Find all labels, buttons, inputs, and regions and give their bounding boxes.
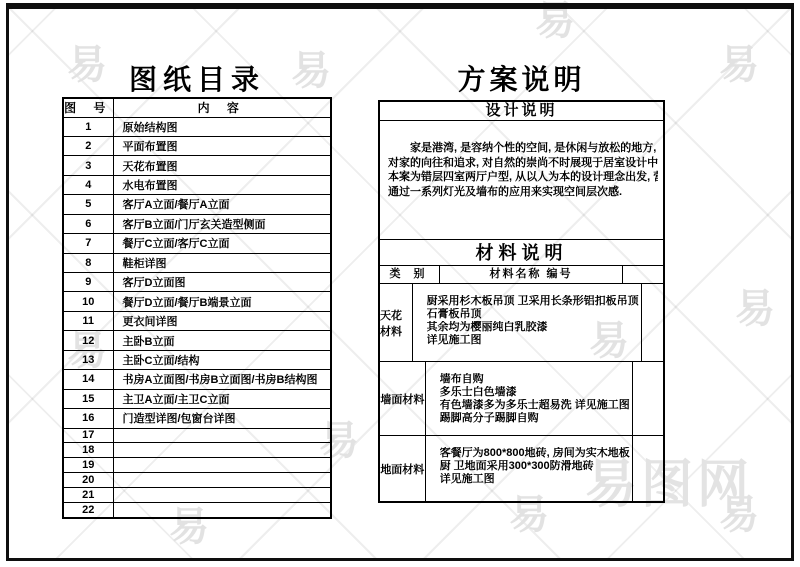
catalog-row: 7 餐厅C立面/客厅C立面 (63, 234, 331, 253)
materials-rows: 天花材料 厨采用杉木板吊顶 卫采用长条形铝扣板吊顶 石膏板吊顶 其余均为樱丽纯白… (380, 284, 663, 501)
catalog-row: 16 门造型详图/包窗台详图 (63, 409, 331, 428)
catalog-title: 图纸目录 (62, 58, 332, 98)
catalog-row-number: 4 (63, 175, 113, 194)
catalog-row-number: 2 (63, 136, 113, 155)
material-category: 墙面材料 (380, 362, 426, 435)
material-category: 天花材料 (380, 284, 413, 361)
materials-header-name: 材料名称 编号 (440, 266, 623, 283)
catalog-row-content: 更衣间详图 (113, 311, 331, 330)
catalog-row-number: 22 (63, 502, 113, 518)
catalog-row: 9 客厅D立面图 (63, 273, 331, 292)
material-row: 天花材料 厨采用杉木板吊顶 卫采用长条形铝扣板吊顶 石膏板吊顶 其余均为樱丽纯白… (380, 284, 663, 362)
catalog-row: 11 更衣间详图 (63, 311, 331, 330)
catalog-row: 8 鞋柜详图 (63, 253, 331, 272)
materials-heading: 材料说明 (380, 240, 663, 266)
catalog-row: 4 水电布置图 (63, 175, 331, 194)
catalog-row-content: 餐厅C立面/客厅C立面 (113, 234, 331, 253)
catalog-row: 10 餐厅D立面/餐厅B端景立面 (63, 292, 331, 311)
material-code-cell (642, 284, 663, 361)
catalog-row-content: 原始结构图 (113, 117, 331, 136)
material-line: 踢脚高分子踢脚自购 (440, 412, 630, 425)
catalog-row: 6 客厅B立面/门厅玄关造型侧面 (63, 214, 331, 233)
catalog-row-number: 9 (63, 273, 113, 292)
catalog-table: 图 号 内 容 1 原始结构图 2 平面布置图 (62, 97, 332, 519)
material-row: 地面材料 客餐厅为800*800地砖, 房间为实木地板 厨 卫地面采用300*3… (380, 436, 663, 501)
material-line: 厨采用杉木板吊顶 卫采用长条形铝扣板吊顶 (427, 295, 639, 308)
catalog-row-content (113, 487, 331, 502)
drawing-sheet: 易 易 易 易 易 易 易 易 易 易 易 易图网 图纸目录 图 号 内 容 (0, 0, 800, 567)
catalog-row-number: 21 (63, 487, 113, 502)
design-line: 本案为错层四室两厅户型, 从以人为本的设计理念出发, 营造出大气而赋有文化内涵的… (388, 170, 658, 185)
catalog-row: 15 主卫A立面/主卫C立面 (63, 389, 331, 408)
catalog-row: 13 主卧C立面/结构 (63, 350, 331, 369)
material-category: 地面材料 (380, 436, 426, 501)
catalog-row-content: 书房A立面图/书房B立面图/书房B结构图 (113, 370, 331, 389)
catalog-row: 5 客厅A立面/餐厅A立面 (63, 195, 331, 214)
catalog-row-number: 16 (63, 409, 113, 428)
catalog-header-content: 内 容 (113, 98, 331, 117)
catalog-row-number: 7 (63, 234, 113, 253)
catalog-row-content: 客厅D立面图 (113, 273, 331, 292)
catalog-row-content: 主卧B立面 (113, 331, 331, 350)
catalog-row-number: 17 (63, 428, 113, 443)
catalog-row-number: 20 (63, 473, 113, 488)
material-row: 墙面材料 墙布自购 多乐士白色墙漆 有色墙漆多为多乐士超易洗 详见施工图 踢脚高… (380, 362, 663, 436)
material-line: 石膏板吊顶 (427, 308, 639, 321)
catalog-row: 19 (63, 458, 331, 473)
catalog-row-number: 10 (63, 292, 113, 311)
catalog-row-number: 18 (63, 443, 113, 458)
materials-header-row: 类 别 材料名称 编号 (380, 266, 663, 284)
catalog-row: 3 天花布置图 (63, 156, 331, 175)
material-line: 厨 卫地面采用300*300防滑地砖 (440, 460, 630, 473)
material-line: 详见施工图 (440, 473, 630, 486)
catalog-row-content (113, 473, 331, 488)
catalog-header-no: 图 号 (63, 98, 113, 117)
catalog-row-number: 14 (63, 370, 113, 389)
catalog-row: 17 (63, 428, 331, 443)
catalog-row-content (113, 502, 331, 518)
catalog-row: 12 主卧B立面 (63, 331, 331, 350)
design-line: 家是港湾, 是容纳个性的空间, 是休闲与放松的地方, 都市人 (388, 141, 658, 156)
design-line: 对家的向往和追求, 对自然的崇尚不时展现于居室设计中. (388, 156, 658, 171)
catalog-row: 18 (63, 443, 331, 458)
catalog-row-content: 门造型详图/包窗台详图 (113, 409, 331, 428)
catalog-row-number: 5 (63, 195, 113, 214)
scheme-title: 方案说明 (378, 58, 665, 98)
catalog-row-number: 11 (63, 311, 113, 330)
material-line: 其余均为樱丽纯白乳胶漆 (427, 321, 639, 334)
material-line: 多乐士白色墙漆 (440, 386, 630, 399)
catalog-row-number: 15 (63, 389, 113, 408)
materials-header-category: 类 别 (380, 266, 440, 283)
material-description: 客餐厅为800*800地砖, 房间为实木地板 厨 卫地面采用300*300防滑地… (426, 436, 633, 501)
material-line: 墙布自购 (440, 373, 630, 386)
catalog-row-number: 8 (63, 253, 113, 272)
design-notes-body: 家是港湾, 是容纳个性的空间, 是休闲与放松的地方, 都市人 对家的向往和追求,… (380, 121, 663, 240)
catalog-row: 2 平面布置图 (63, 136, 331, 155)
catalog-row-content: 客厅B立面/门厅玄关造型侧面 (113, 214, 331, 233)
material-description: 墙布自购 多乐士白色墙漆 有色墙漆多为多乐士超易洗 详见施工图 踢脚高分子踢脚自… (426, 362, 633, 435)
materials-header-code (623, 266, 663, 283)
catalog-row: 22 (63, 502, 331, 518)
design-line: 通过一系列灯光及墙布的应用来实现空间层次感. (388, 185, 658, 200)
catalog-row-number: 19 (63, 458, 113, 473)
catalog-row-content: 鞋柜详图 (113, 253, 331, 272)
catalog-row-content (113, 443, 331, 458)
catalog-row-content: 平面布置图 (113, 136, 331, 155)
catalog-row-number: 6 (63, 214, 113, 233)
catalog-row-number: 12 (63, 331, 113, 350)
catalog-row-number: 1 (63, 117, 113, 136)
catalog-row: 21 (63, 487, 331, 502)
scheme-box: 设计说明 家是港湾, 是容纳个性的空间, 是休闲与放松的地方, 都市人 对家的向… (378, 100, 665, 503)
catalog-row: 1 原始结构图 (63, 117, 331, 136)
catalog-row: 20 (63, 473, 331, 488)
catalog-row-content: 主卧C立面/结构 (113, 350, 331, 369)
catalog-row: 14 书房A立面图/书房B立面图/书房B结构图 (63, 370, 331, 389)
catalog-row-content: 客厅A立面/餐厅A立面 (113, 195, 331, 214)
catalog-row-content: 水电布置图 (113, 175, 331, 194)
catalog-row-number: 3 (63, 156, 113, 175)
material-line: 客餐厅为800*800地砖, 房间为实木地板 (440, 447, 630, 460)
catalog-row-content (113, 458, 331, 473)
material-description: 厨采用杉木板吊顶 卫采用长条形铝扣板吊顶 石膏板吊顶 其余均为樱丽纯白乳胶漆 详… (413, 284, 642, 361)
catalog-body: 1 原始结构图 2 平面布置图 3 天花布置图 4 (63, 117, 331, 518)
material-line: 有色墙漆多为多乐士超易洗 详见施工图 (440, 399, 630, 412)
material-line: 详见施工图 (427, 334, 639, 347)
catalog-header-row: 图 号 内 容 (63, 98, 331, 117)
material-code-cell (633, 436, 663, 501)
catalog-row-content: 天花布置图 (113, 156, 331, 175)
catalog-row-number: 13 (63, 350, 113, 369)
catalog-row-content: 主卫A立面/主卫C立面 (113, 389, 331, 408)
catalog-row-content (113, 428, 331, 443)
catalog-row-content: 餐厅D立面/餐厅B端景立面 (113, 292, 331, 311)
design-notes-heading: 设计说明 (380, 102, 663, 121)
material-code-cell (633, 362, 663, 435)
